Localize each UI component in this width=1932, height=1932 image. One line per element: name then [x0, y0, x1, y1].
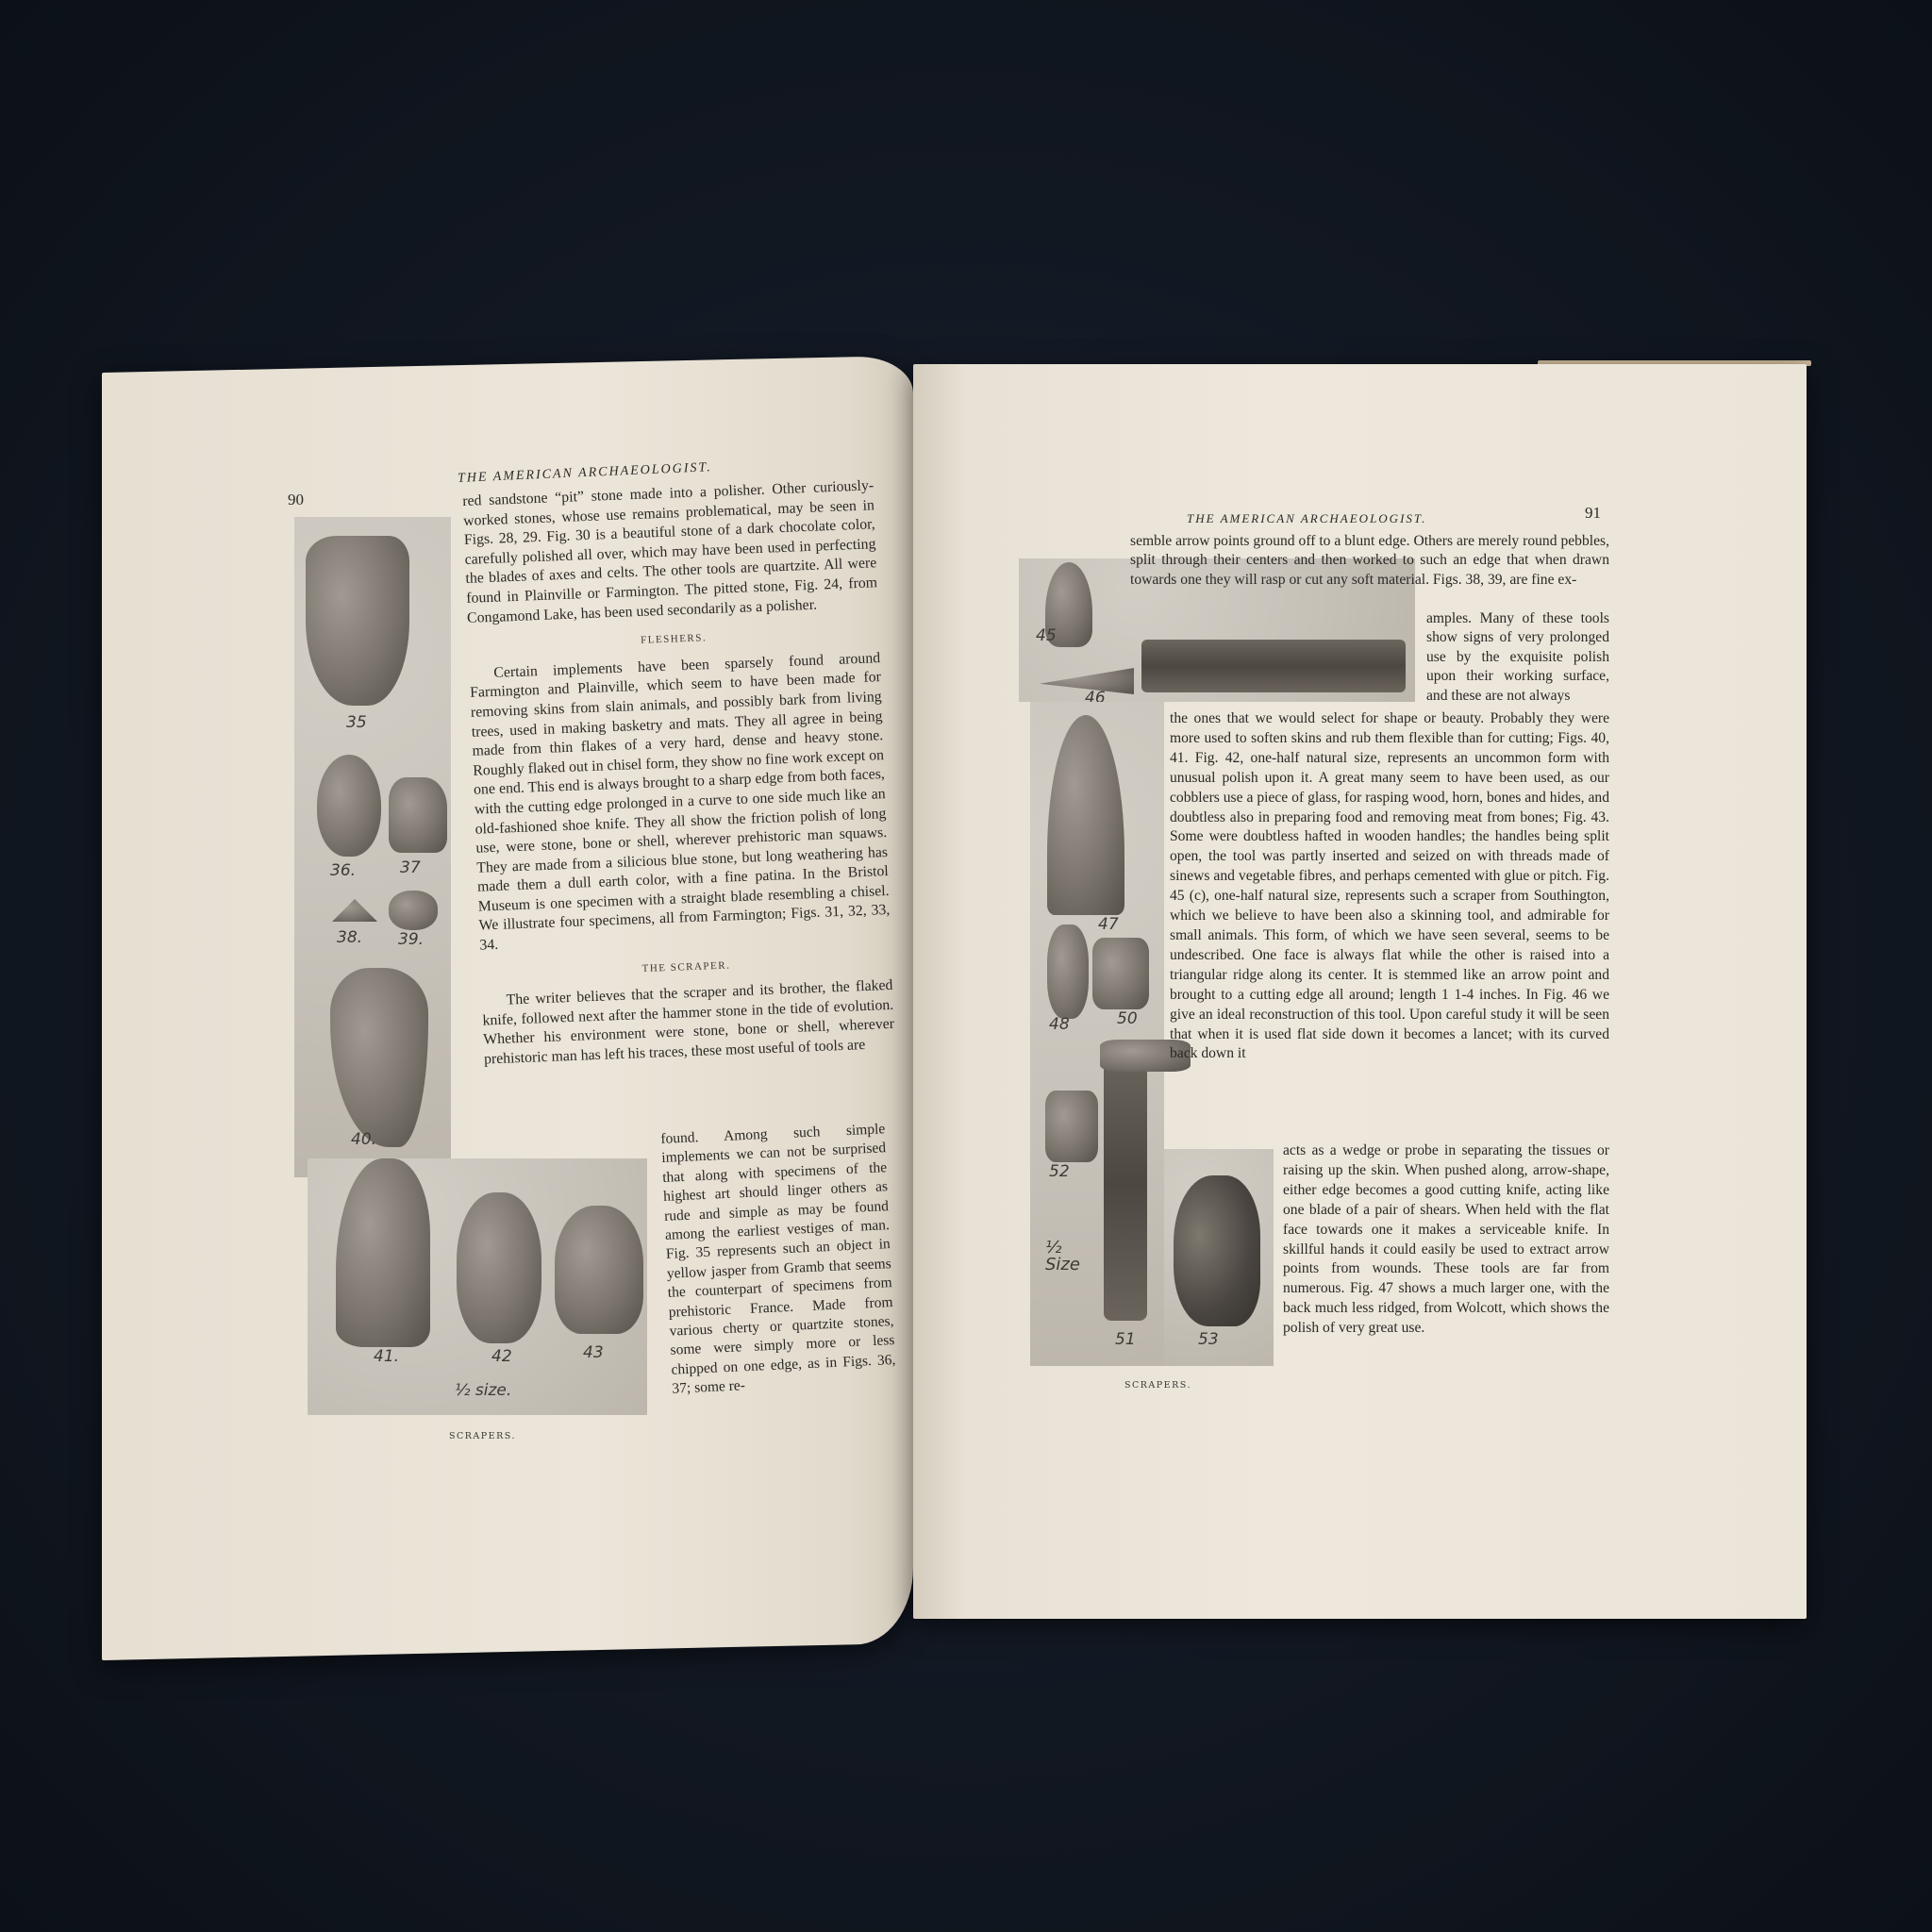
fig-label-35: 35 [346, 713, 367, 732]
fig-label-41: 41. [374, 1347, 399, 1366]
scraper-42 [457, 1192, 541, 1343]
paragraph-scraper: The writer believes that the scraper and… [481, 976, 895, 1070]
scraper-38 [332, 899, 377, 922]
right-running-head: THE AMERICAN ARCHAEOLOGIST. [1187, 511, 1426, 526]
right-middle-text: the ones that we would select for shape … [1170, 709, 1609, 1064]
scraper-53 [1174, 1175, 1260, 1326]
scraper-52 [1045, 1091, 1098, 1162]
left-plate-caption: SCRAPERS. [449, 1431, 516, 1441]
scale-note-left: ½ size. [455, 1381, 511, 1400]
left-text-block: red sandstone “pit” stone made into a po… [462, 476, 895, 1070]
paragraph-middle: the ones that we would select for shape … [1170, 709, 1609, 1064]
scraper-46-handle [1141, 640, 1406, 692]
left-narrow-text-block: found. Among such simple implements we c… [660, 1120, 897, 1399]
right-top-narrow-text: amples. Many of these tools show signs o… [1426, 609, 1609, 706]
book-spread: THE AMERICAN ARCHAEOLOGIST. 90 35 36. 37… [0, 0, 1932, 1932]
scraper-36 [317, 755, 381, 857]
fig-label-38: 38. [337, 928, 362, 947]
scraper-48 [1047, 924, 1089, 1019]
fig-label-37: 37 [400, 858, 421, 877]
fig-label-47: 47 [1098, 915, 1119, 934]
paragraph-top-narrow: amples. Many of these tools show signs o… [1426, 609, 1609, 706]
fig-label-40: 40. [351, 1130, 376, 1149]
fig-label-39: 39. [398, 930, 424, 949]
scale-note-right: ½ Size [1045, 1240, 1092, 1274]
paragraph-intro: red sandstone “pit” stone made into a po… [462, 476, 878, 628]
scraper-43 [555, 1206, 643, 1334]
paragraph-scraper-continued: found. Among such simple implements we c… [660, 1120, 897, 1399]
plate-left-bottom: 41. 42 43 ½ size. [308, 1158, 647, 1415]
scraper-40 [330, 968, 428, 1147]
right-top-text: semble arrow points ground off to a blun… [1130, 532, 1609, 590]
left-page-number: 90 [288, 491, 304, 509]
fig-label-51: 51 [1115, 1330, 1136, 1349]
scraper-39 [389, 891, 438, 930]
right-page-number: 91 [1585, 504, 1601, 523]
fig-label-36: 36. [330, 861, 356, 880]
fig-label-45: 45 [1036, 626, 1057, 645]
right-plate-caption: SCRAPERS. [1124, 1380, 1191, 1391]
plate-left-column: 35 36. 37 38. 39. 40. [294, 517, 451, 1177]
paragraph-bottom: acts as a wedge or probe in separating t… [1283, 1141, 1609, 1339]
scraper-37 [389, 777, 447, 853]
scraper-50 [1092, 938, 1149, 1009]
scraper-51-handle [1104, 1047, 1147, 1321]
paragraph-top-wide: semble arrow points ground off to a blun… [1130, 532, 1609, 590]
right-bottom-text: acts as a wedge or probe in separating t… [1283, 1141, 1609, 1339]
fig-label-43: 43 [583, 1343, 604, 1362]
fig-label-50: 50 [1117, 1009, 1138, 1028]
fig-label-52: 52 [1049, 1162, 1070, 1181]
fig-label-53: 53 [1198, 1330, 1219, 1349]
fig-label-48: 48 [1049, 1015, 1070, 1034]
scraper-35 [306, 536, 409, 706]
scraper-47 [1047, 715, 1124, 915]
scraper-41 [336, 1158, 430, 1347]
paragraph-fleshers: Certain implements have been sparsely fo… [469, 649, 891, 956]
fig-label-42: 42 [491, 1347, 512, 1366]
